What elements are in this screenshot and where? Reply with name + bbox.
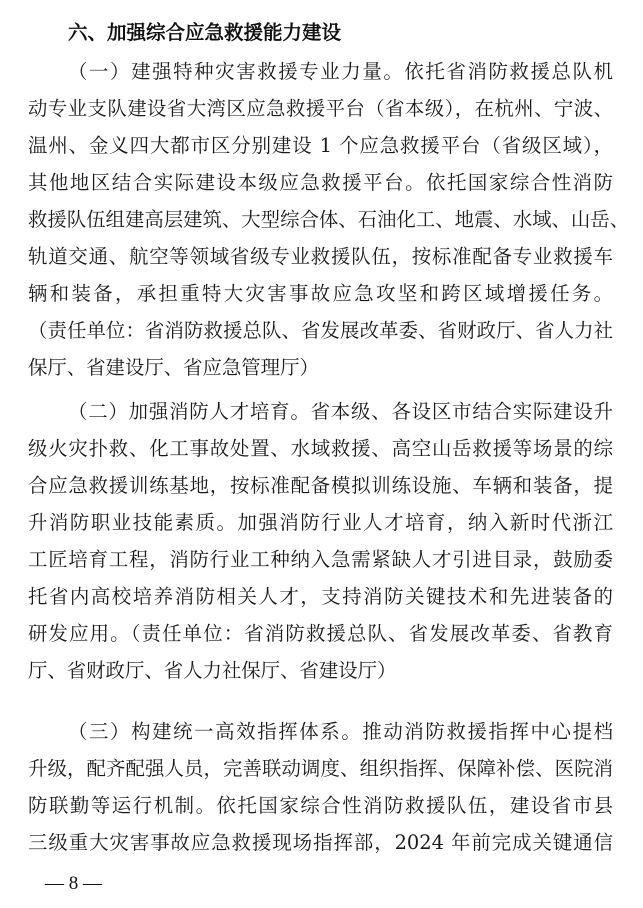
paragraph-2-line-8: 厅、省财政厅、省人力社保厅、省建设厅） — [28, 656, 613, 686]
paragraph-1-line-5: 救援队伍组建高层建筑、大型综合体、石油化工、地震、水域、山岳、 — [28, 205, 613, 235]
paragraph-3-line-1: （三）构建统一高效指挥体系。推动消防救援指挥中心提档 — [68, 717, 613, 747]
page-number: — 8 — — [45, 872, 102, 896]
paragraph-2-line-3: 合应急救援训练基地，按标准配备模拟训练设施、车辆和装备，提 — [28, 471, 613, 501]
paragraph-2-line-4: 升消防职业技能素质。加强消防行业人才培育，纳入新时代浙江 — [28, 508, 613, 538]
paragraph-1-line-7: 辆和装备，承担重特大灾害事故应急攻坚和跨区域增援任务。 — [28, 279, 613, 309]
paragraph-2-line-5: 工匠培育工程，消防行业工种纳入急需紧缺人才引进目录，鼓励委 — [28, 545, 613, 575]
paragraph-2-line-1: （二）加强消防人才培育。省本级、各设区市结合实际建设升 — [68, 397, 613, 427]
section-heading: 六、加强综合应急救援能力建设 — [68, 18, 341, 48]
paragraph-1-line-1: （一）建强特种灾害救援专业力量。依托省消防救援总队机 — [68, 57, 613, 87]
paragraph-2-line-7: 研发应用。（责任单位：省消防救援总队、省发展改革委、省教育 — [28, 619, 613, 649]
paragraph-1-line-8: （责任单位：省消防救援总队、省发展改革委、省财政厅、省人力社 — [28, 316, 613, 346]
paragraph-1-line-9: 保厅、省建设厅、省应急管理厅） — [28, 353, 613, 383]
paragraph-1-line-4: 其他地区结合实际建设本级应急救援平台。依托国家综合性消防 — [28, 168, 613, 198]
paragraph-2-line-6: 托省内高校培养消防相关人才，支持消防关键技术和先进装备的 — [28, 582, 613, 612]
paragraph-1-line-3: 温州、金义四大都市区分别建设 1 个应急救援平台（省级区域）， — [28, 131, 613, 161]
paragraph-3-line-4: 三级重大灾害事故应急救援现场指挥部，2024 年前完成关键通信 — [28, 828, 613, 858]
paragraph-3-line-3: 防联勤等运行机制。依托国家综合性消防救援队伍，建设省市县 — [28, 791, 613, 821]
paragraph-2-line-2: 级火灾扑救、化工事故处置、水域救援、高空山岳救援等场景的综 — [28, 434, 613, 464]
document-page: 六、加强综合应急救援能力建设 （一）建强特种灾害救援专业力量。依托省消防救援总队… — [0, 0, 643, 908]
paragraph-1-line-2: 动专业支队建设省大湾区应急救援平台（省本级），在杭州、宁波、 — [28, 94, 613, 124]
paragraph-1-line-6: 轨道交通、航空等领域省级专业救援队伍，按标准配备专业救援车 — [28, 242, 613, 272]
paragraph-3-line-2: 升级，配齐配强人员，完善联动调度、组织指挥、保障补偿、医院消 — [28, 754, 613, 784]
